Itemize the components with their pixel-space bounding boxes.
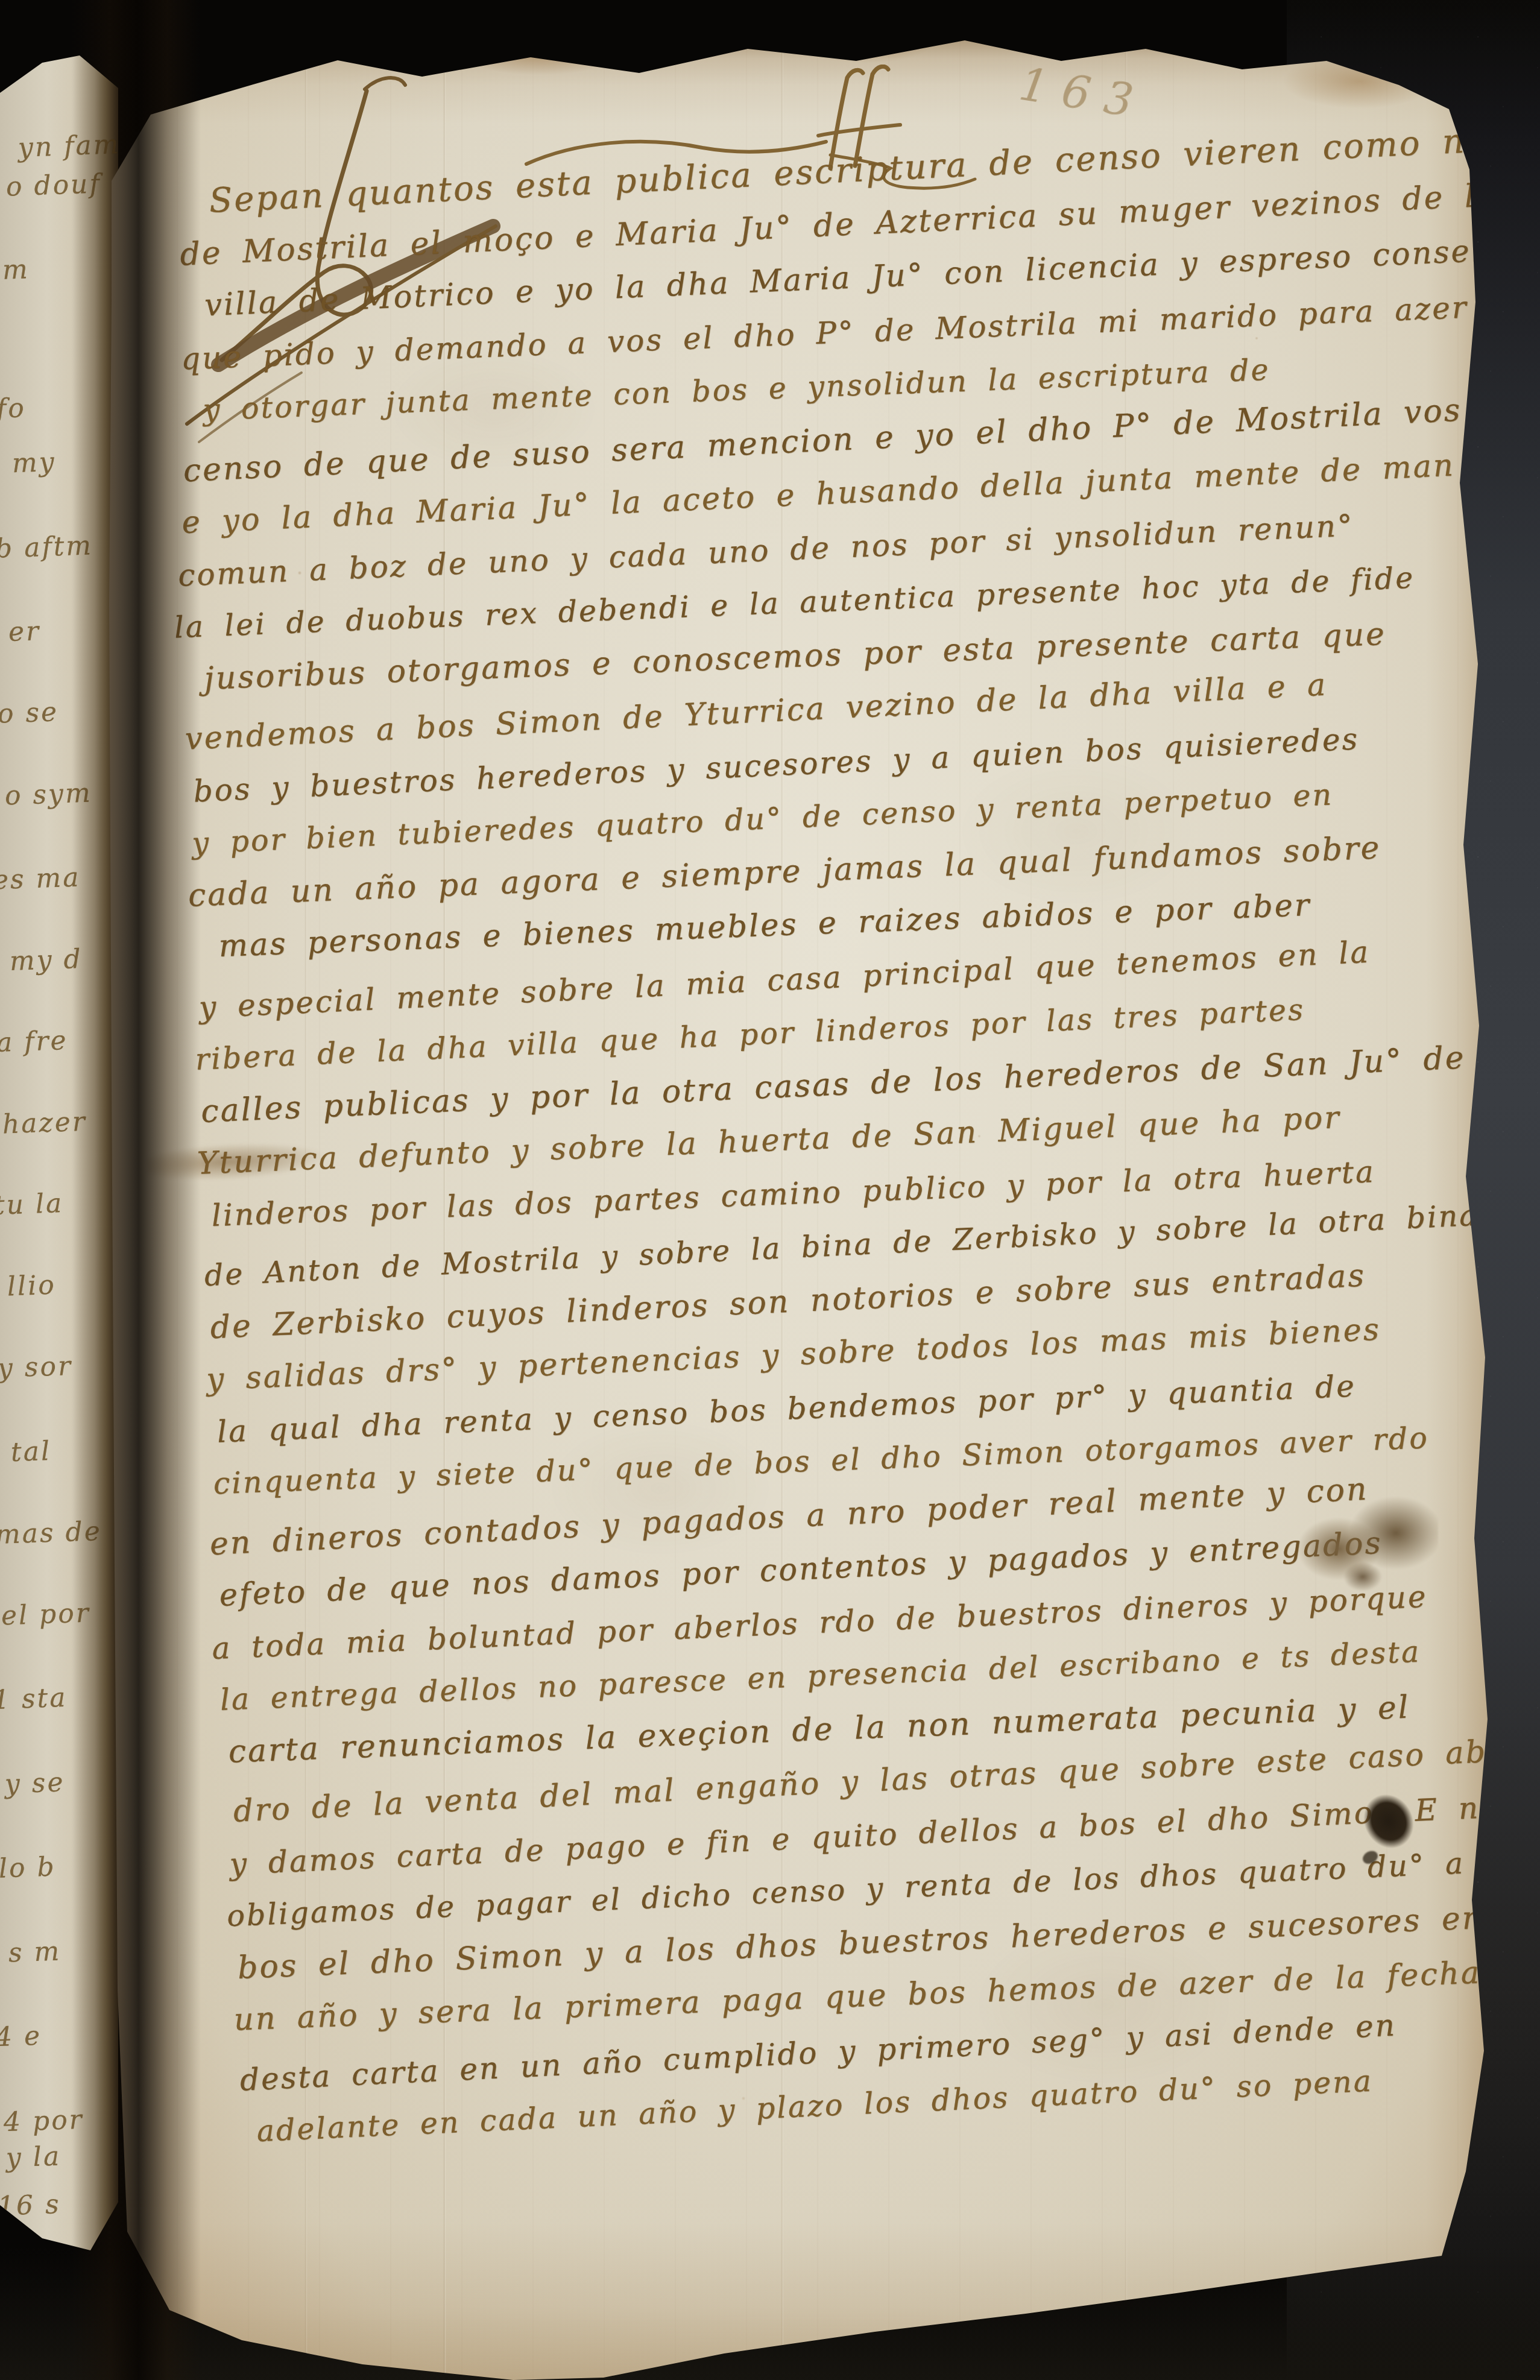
manuscript-page: 163 Sepan quantos esta publica escriptur [106, 33, 1492, 2380]
manuscript-photo: yn famo doufmfomyb aftmero seo symes mam… [0, 0, 1540, 2380]
left-page-fragment: m [2, 254, 30, 286]
left-page-fragment: mas de [0, 1516, 103, 1550]
left-page-fragment: tu la [0, 1188, 64, 1221]
left-page-fragment: llio [7, 1270, 56, 1302]
left-page-fragment: hazer [2, 1106, 87, 1140]
left-page-fragment: y la [5, 2141, 62, 2173]
left-page-fragment: y se [4, 1767, 65, 1799]
left-page-fragment: b aftm [0, 530, 93, 564]
left-page-fragment: o sym [4, 777, 92, 811]
left-page-fragment: el por [1, 1597, 90, 1631]
left-page-fragment: fo [0, 393, 27, 425]
ink-stain-brown [1287, 1491, 1438, 1591]
left-page-fragment: s m [8, 1936, 62, 1968]
left-page-fragment: es ma [0, 862, 81, 895]
left-page-fragment: a fre [0, 1025, 68, 1058]
left-page-fragment: yn fam [17, 129, 118, 163]
manuscript-text: Sepan quantos esta publica escriptura de… [166, 122, 1534, 2161]
left-page-fragment: 4 por [3, 2104, 84, 2138]
left-page-fragment: 1 sta [0, 1682, 68, 1716]
left-page-fragment: er [8, 616, 41, 648]
folio-number: 163 [1016, 58, 1151, 130]
left-page-fragment: my d [9, 944, 83, 977]
left-page-fragment: o se [0, 696, 59, 729]
left-page-fragment: my [11, 447, 56, 479]
left-page-fragment: lo b [0, 1851, 57, 1884]
left-page-fragment: y sor [0, 1351, 73, 1384]
left-page-fragment: o douf [5, 168, 101, 202]
facing-page-edge: yn famo doufmfomyb aftmero seo symes mam… [0, 55, 118, 2250]
left-page-fragment: tal [10, 1436, 52, 1468]
left-page-fragment: 4 e [0, 2021, 42, 2053]
